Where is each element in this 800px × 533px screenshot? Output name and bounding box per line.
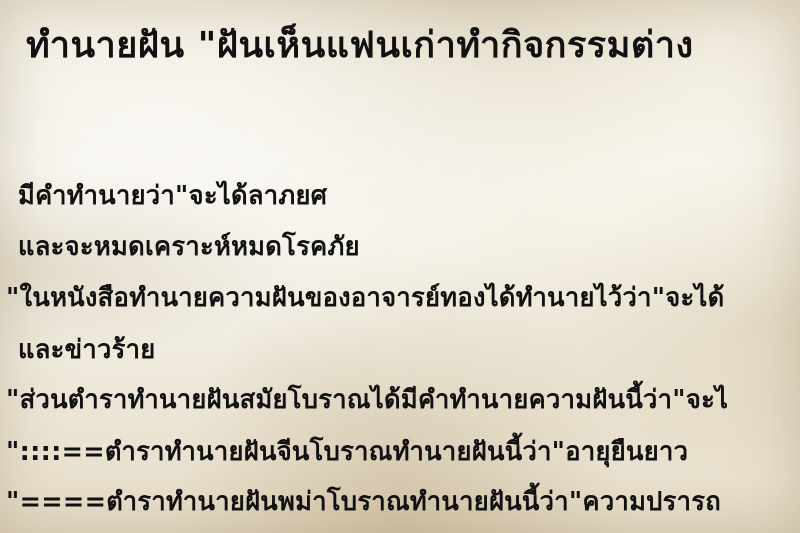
text-line-2: และจะหมดเคราะห์หมดโรคภัย bbox=[18, 229, 360, 265]
text-line-1: มีคำทำนายว่า"จะได้ลาภยศ bbox=[18, 178, 327, 214]
text-line-5: "ส่วนตำราทำนายฝันสมัยโบราณได้มีคำทำนายคว… bbox=[6, 382, 728, 418]
text-line-3: "ในหนังสือทำนายความฝันของอาจารย์ทองได้ทำ… bbox=[6, 280, 725, 316]
text-line-6: "::::==ตำราทำนายฝันจีนโบราณทำนายฝันนี้ว่… bbox=[6, 434, 688, 470]
page-title: ทำนายฝัน "ฝันเห็นแฟนเก่าทำกิจกรรมต่าง bbox=[26, 14, 694, 78]
text-line-7: "====ตำราทำนายฝันพม่าโบราณทำนายฝันนี้ว่า… bbox=[6, 484, 721, 520]
text-line-4: และข่าวร้าย bbox=[18, 332, 155, 368]
